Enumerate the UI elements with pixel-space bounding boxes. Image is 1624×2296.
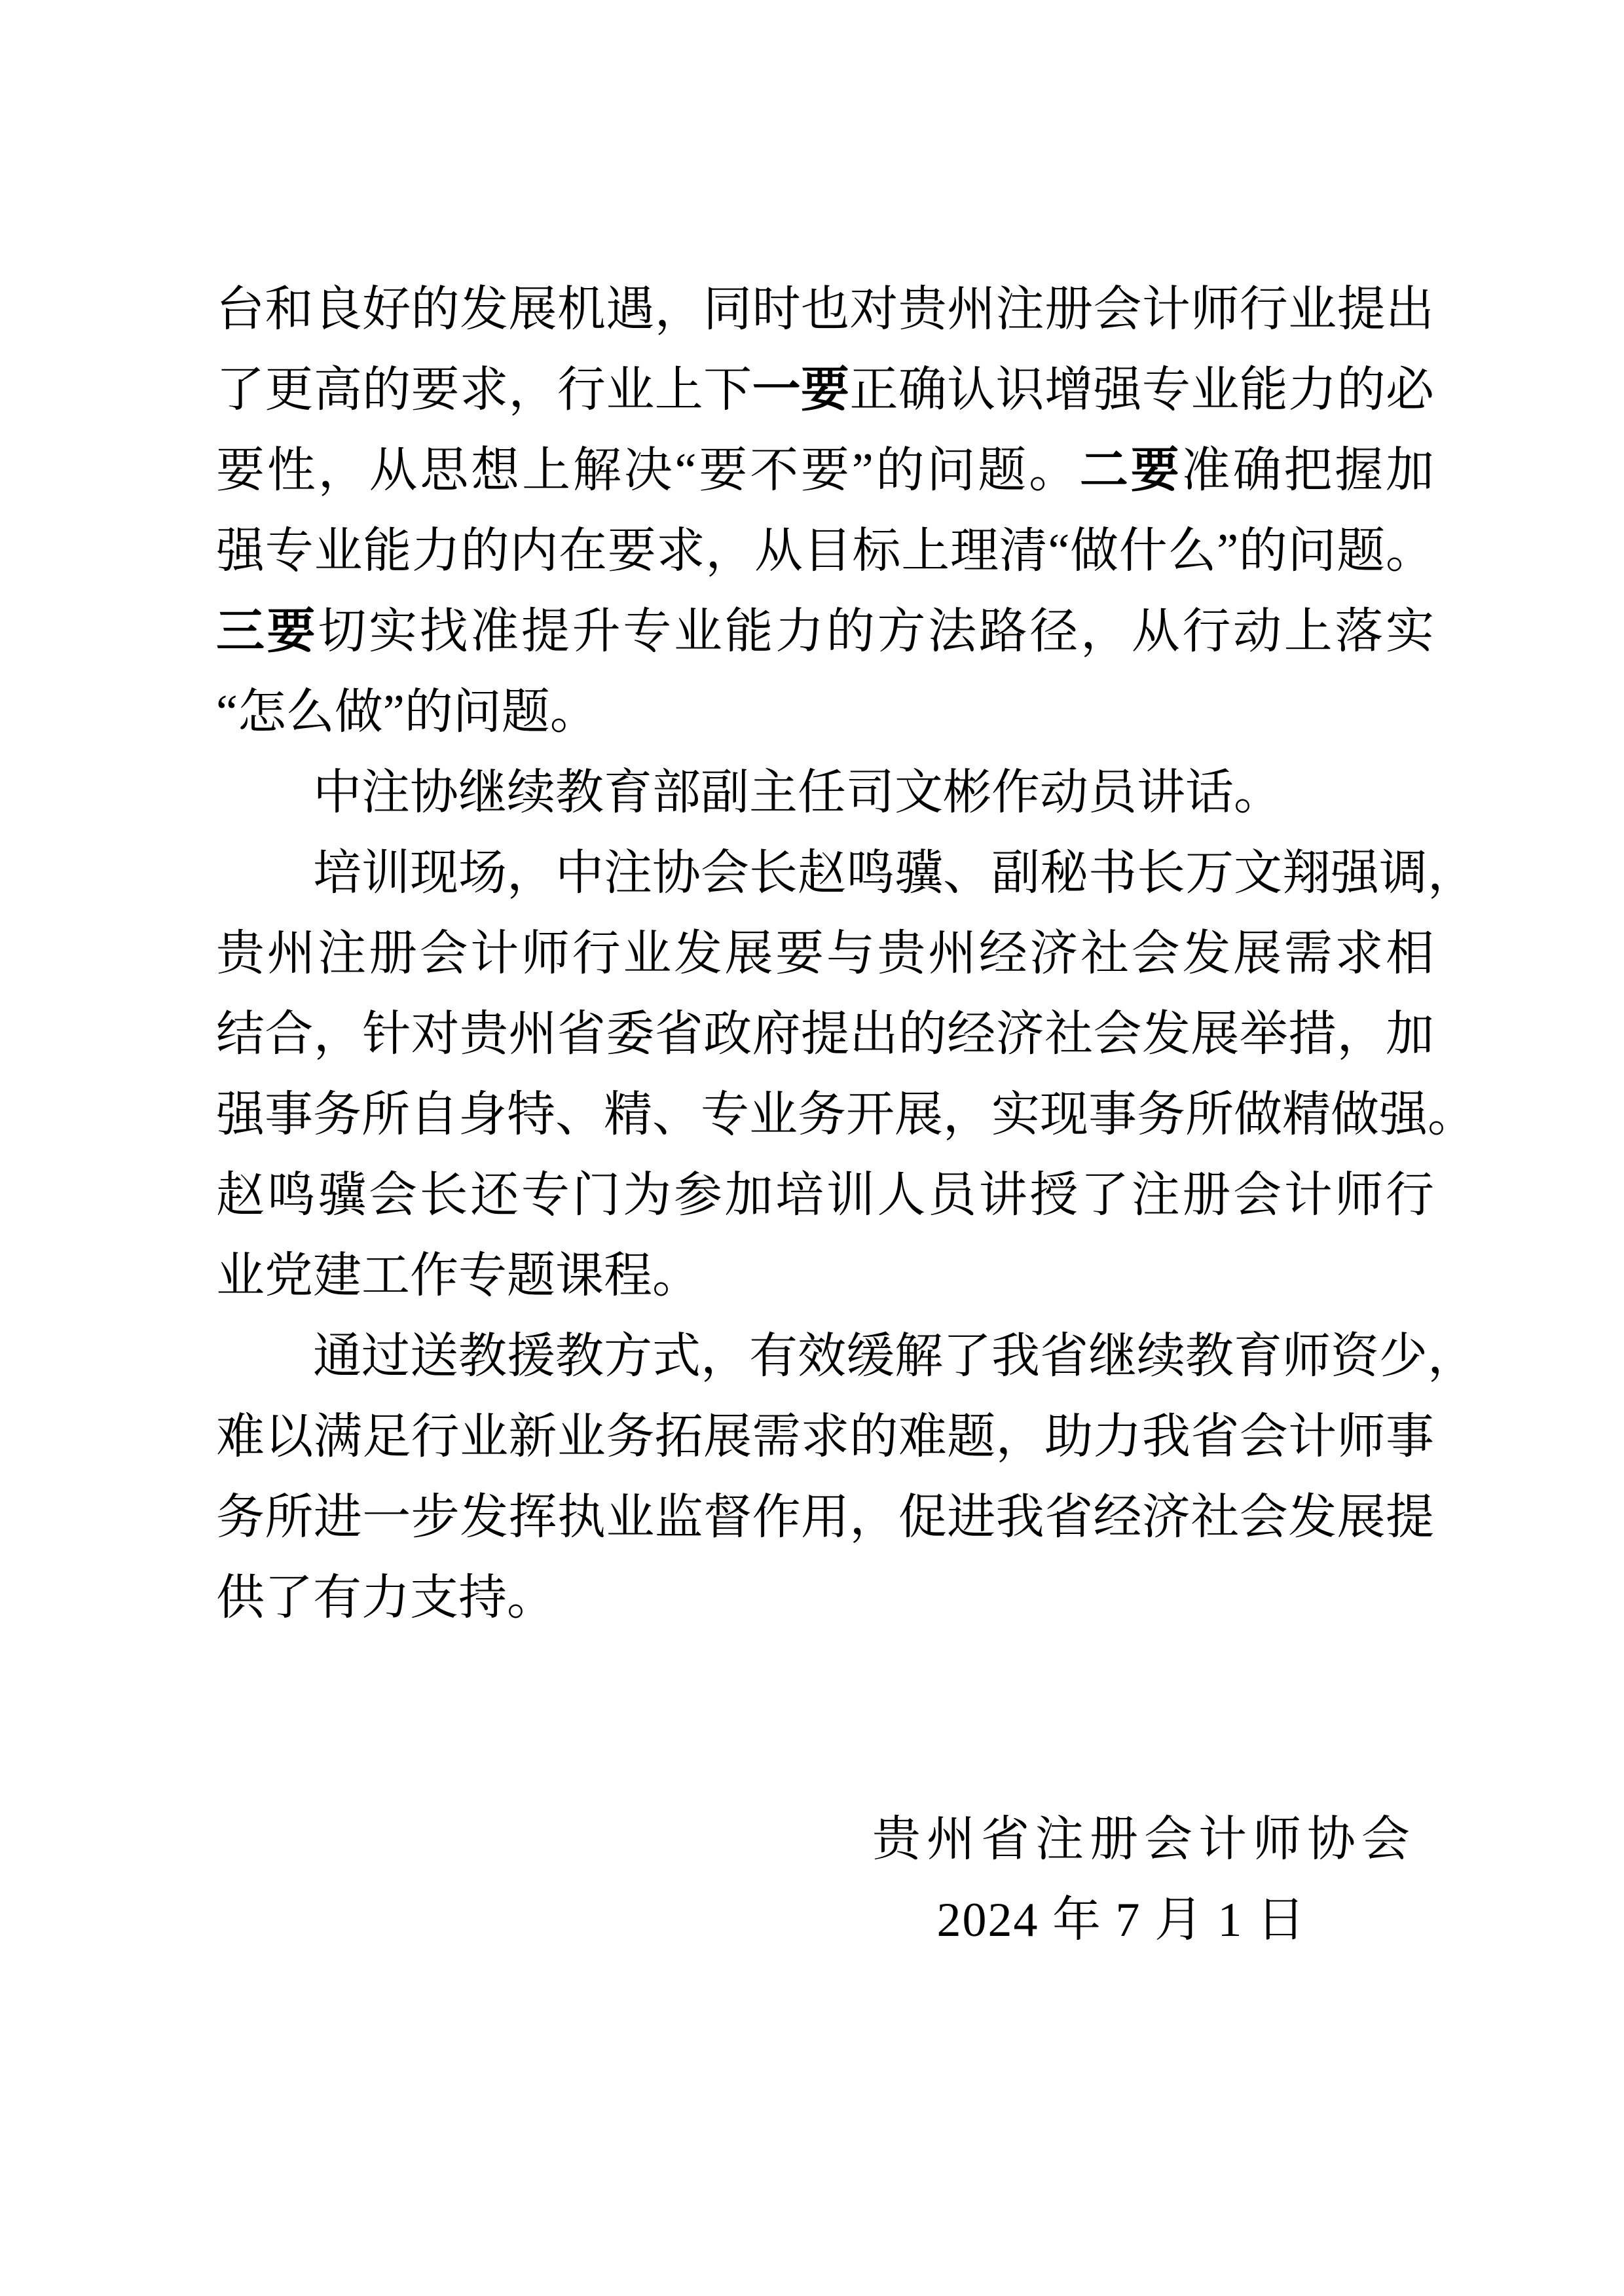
line-bold-text: 二要 [1080, 444, 1182, 498]
line-text: 贵州注册会计师行业发展要与贵州经济社会发展需求相 [216, 927, 1434, 981]
body-line: 结合，针对贵州省委省政府提出的经济社会发展举措，加 [216, 994, 1434, 1075]
body-line: “怎么做”的问题。 [216, 672, 1434, 753]
line-text: 业党建工作专题课程。 [216, 1249, 701, 1303]
signature-date: 2024 年 7 月 1 日 [216, 1880, 1434, 1961]
signature-block: 贵州省注册会计师协会 2024 年 7 月 1 日 [216, 1800, 1434, 1961]
line-text: 准确把握加 [1182, 444, 1434, 498]
line-text: 中注协继续教育部副主任司文彬作动员讲话。 [313, 766, 1282, 820]
line-text: 培训现场，中注协会长赵鸣骥、副秘书长万文翔强调， [313, 847, 1476, 900]
line-text: 要性，从思想上解决“要不要”的问题。 [216, 444, 1080, 498]
body-line: 强专业能力的内在要求，从目标上理清“做什么”的问题。 [216, 511, 1434, 592]
body-line: 供了有力支持。 [216, 1558, 1434, 1639]
body-line: 业党建工作专题课程。 [216, 1236, 1434, 1317]
line-text: 难以满足行业新业务拓展需求的难题，助力我省会计师事 [216, 1410, 1434, 1464]
line-text: 正确认识增强专业能力的必 [849, 363, 1434, 417]
line-bold-text: 三要 [216, 605, 318, 659]
document-page: 台和良好的发展机遇，同时也对贵州注册会计师行业提出 了更高的要求，行业上下一要正… [0, 0, 1624, 2296]
line-text: 通过送教援教方式，有效缓解了我省继续教育师资少， [313, 1330, 1476, 1383]
line-text: 了更高的要求，行业上下 [216, 363, 752, 417]
line-text: 台和良好的发展机遇，同时也对贵州注册会计师行业提出 [216, 283, 1434, 337]
signature: 贵州省注册会计师协会 [216, 1800, 1434, 1880]
line-text: 强事务所自身特、精、专业务开展，实现事务所做精做强。 [216, 1088, 1476, 1142]
body-line: 台和良好的发展机遇，同时也对贵州注册会计师行业提出 [216, 270, 1434, 350]
body-line: 通过送教援教方式，有效缓解了我省继续教育师资少， [216, 1317, 1434, 1397]
line-text: “怎么做”的问题。 [216, 685, 599, 739]
line-text: 供了有力支持。 [216, 1571, 555, 1625]
body-line: 难以满足行业新业务拓展需求的难题，助力我省会计师事 [216, 1397, 1434, 1478]
body-line: 了更高的要求，行业上下一要正确认识增强专业能力的必 [216, 350, 1434, 431]
body-line: 强事务所自身特、精、专业务开展，实现事务所做精做强。 [216, 1075, 1434, 1156]
line-text: 赵鸣骥会长还专门为参加培训人员讲授了注册会计师行 [216, 1169, 1434, 1222]
line-bold-text: 一要 [752, 363, 850, 417]
line-text: 切实找准提升专业能力的方法路径，从行动上落实 [318, 605, 1434, 659]
line-text: 务所进一步发挥执业监督作用，促进我省经济社会发展提 [216, 1491, 1434, 1544]
line-text: 结合，针对贵州省委省政府提出的经济社会发展举措，加 [216, 1008, 1434, 1061]
body-line: 培训现场，中注协会长赵鸣骥、副秘书长万文翔强调， [216, 833, 1434, 914]
body-line: 三要切实找准提升专业能力的方法路径，从行动上落实 [216, 592, 1434, 672]
body-line: 贵州注册会计师行业发展要与贵州经济社会发展需求相 [216, 914, 1434, 994]
body-line: 赵鸣骥会长还专门为参加培训人员讲授了注册会计师行 [216, 1156, 1434, 1236]
body-line: 务所进一步发挥执业监督作用，促进我省经济社会发展提 [216, 1478, 1434, 1558]
body-line: 要性，从思想上解决“要不要”的问题。二要准确把握加 [216, 431, 1434, 511]
document-body: 台和良好的发展机遇，同时也对贵州注册会计师行业提出 了更高的要求，行业上下一要正… [216, 270, 1434, 1639]
body-line: 中注协继续教育部副主任司文彬作动员讲话。 [216, 753, 1434, 833]
line-text: 强专业能力的内在要求，从目标上理清“做什么”的问题。 [216, 524, 1434, 578]
